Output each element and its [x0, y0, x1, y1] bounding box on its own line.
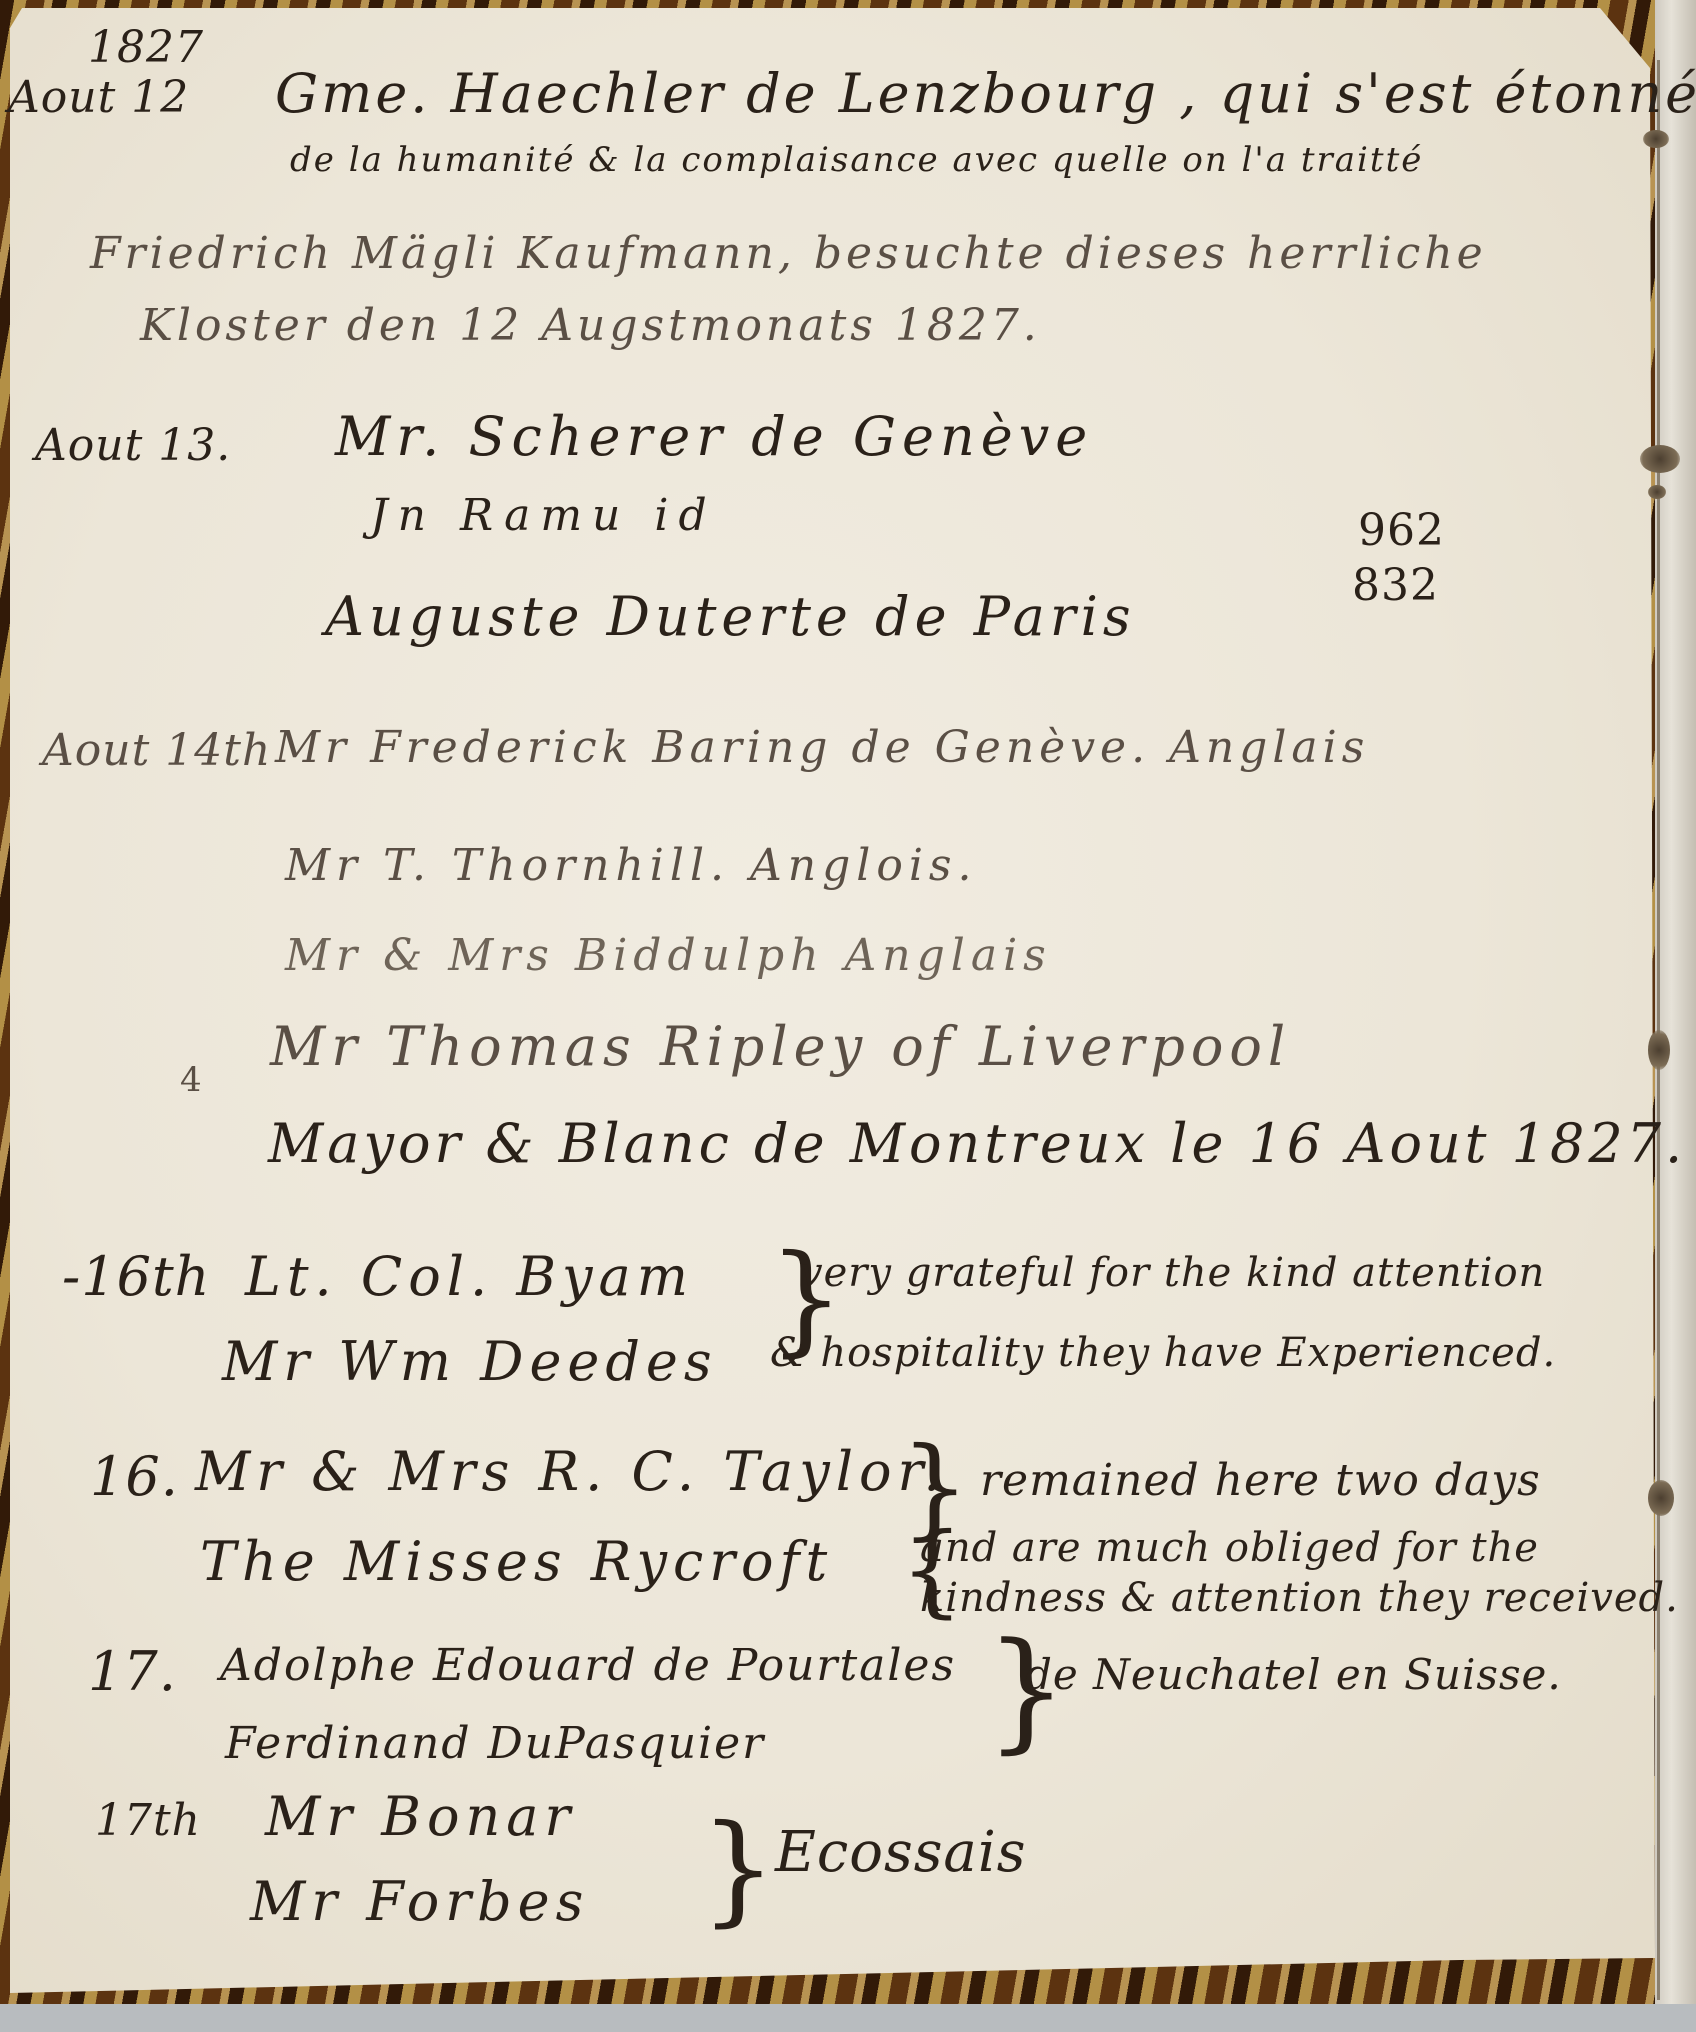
- year-header: 1827: [88, 22, 204, 73]
- entry-line: Mr Wm Deedes: [222, 1330, 718, 1393]
- entry-date: Aout 14th: [42, 725, 271, 776]
- entry-line: Auguste Duterte de Paris: [325, 585, 1136, 648]
- entry-line: Mr. Scherer de Genève: [335, 405, 1093, 468]
- entry-date: 17.: [88, 1640, 177, 1703]
- entry-line: Jn Ramu id: [370, 490, 717, 541]
- margin-mark: 4: [180, 1060, 203, 1100]
- entry-line: Mr Thomas Ripley of Liverpool: [270, 1015, 1291, 1078]
- entry-line: Kloster den 12 Augstmonats 1827.: [140, 300, 1041, 351]
- entry-line: Mr & Mrs Biddulph Anglais: [285, 930, 1052, 981]
- entry-line: Mr Frederick Baring de Genève. Anglais: [275, 722, 1369, 773]
- entry-date: 16.: [90, 1445, 179, 1508]
- entry-note: and are much obliged for the: [920, 1525, 1539, 1571]
- binding-hole-icon: [1648, 1030, 1670, 1070]
- entry-note: & hospitality they have Experienced.: [770, 1330, 1556, 1376]
- binding-hole-icon: [1643, 130, 1669, 148]
- entry-note: de Neuchatel en Suisse.: [1025, 1650, 1562, 1699]
- grouping-brace: }: [700, 1810, 776, 1930]
- entry-note: remained here two days: [980, 1455, 1541, 1506]
- entry-date: -16th: [62, 1245, 210, 1308]
- entry-line: Ferdinand DuPasquier: [225, 1718, 765, 1769]
- binding-strip: [1655, 0, 1696, 2004]
- entry-date: Aout 13.: [35, 420, 231, 471]
- entry-date: 17th: [95, 1795, 201, 1846]
- entry-line: Adolphe Edouard de Pourtales: [220, 1640, 956, 1691]
- entry-note: very grateful for the kind attention: [800, 1250, 1545, 1296]
- binding-hole-icon: [1648, 1480, 1674, 1516]
- margin-number: 962: [1358, 505, 1445, 556]
- entry-line: Mr & Mrs R. C. Taylor.: [195, 1440, 947, 1503]
- entry-line: Mr Bonar: [265, 1785, 576, 1848]
- entry-line: The Misses Rycroft: [200, 1530, 833, 1593]
- entry-line: Lt. Col. Byam: [245, 1245, 694, 1308]
- entry-line: Mr Forbes: [250, 1870, 589, 1933]
- binding-hole-icon: [1640, 445, 1680, 473]
- binding-hole-icon: [1648, 485, 1666, 499]
- entry-line: Gme. Haechler de Lenzbourg , qui s'est é…: [275, 62, 1696, 125]
- scan-bed-strip: [0, 2004, 1696, 2032]
- entry-line: Mr T. Thornhill. Anglois.: [285, 840, 977, 891]
- entry-line: de la humanité & la complaisance avec qu…: [290, 140, 1423, 180]
- entry-line: Mayor & Blanc de Montreux le 16 Aout 182…: [268, 1112, 1686, 1175]
- entry-line: Friedrich Mägli Kaufmann, besuchte diese…: [90, 228, 1487, 279]
- entry-note: Ecossais: [775, 1820, 1026, 1885]
- entry-date: Aout 12: [8, 72, 189, 123]
- margin-number: 832: [1352, 560, 1439, 611]
